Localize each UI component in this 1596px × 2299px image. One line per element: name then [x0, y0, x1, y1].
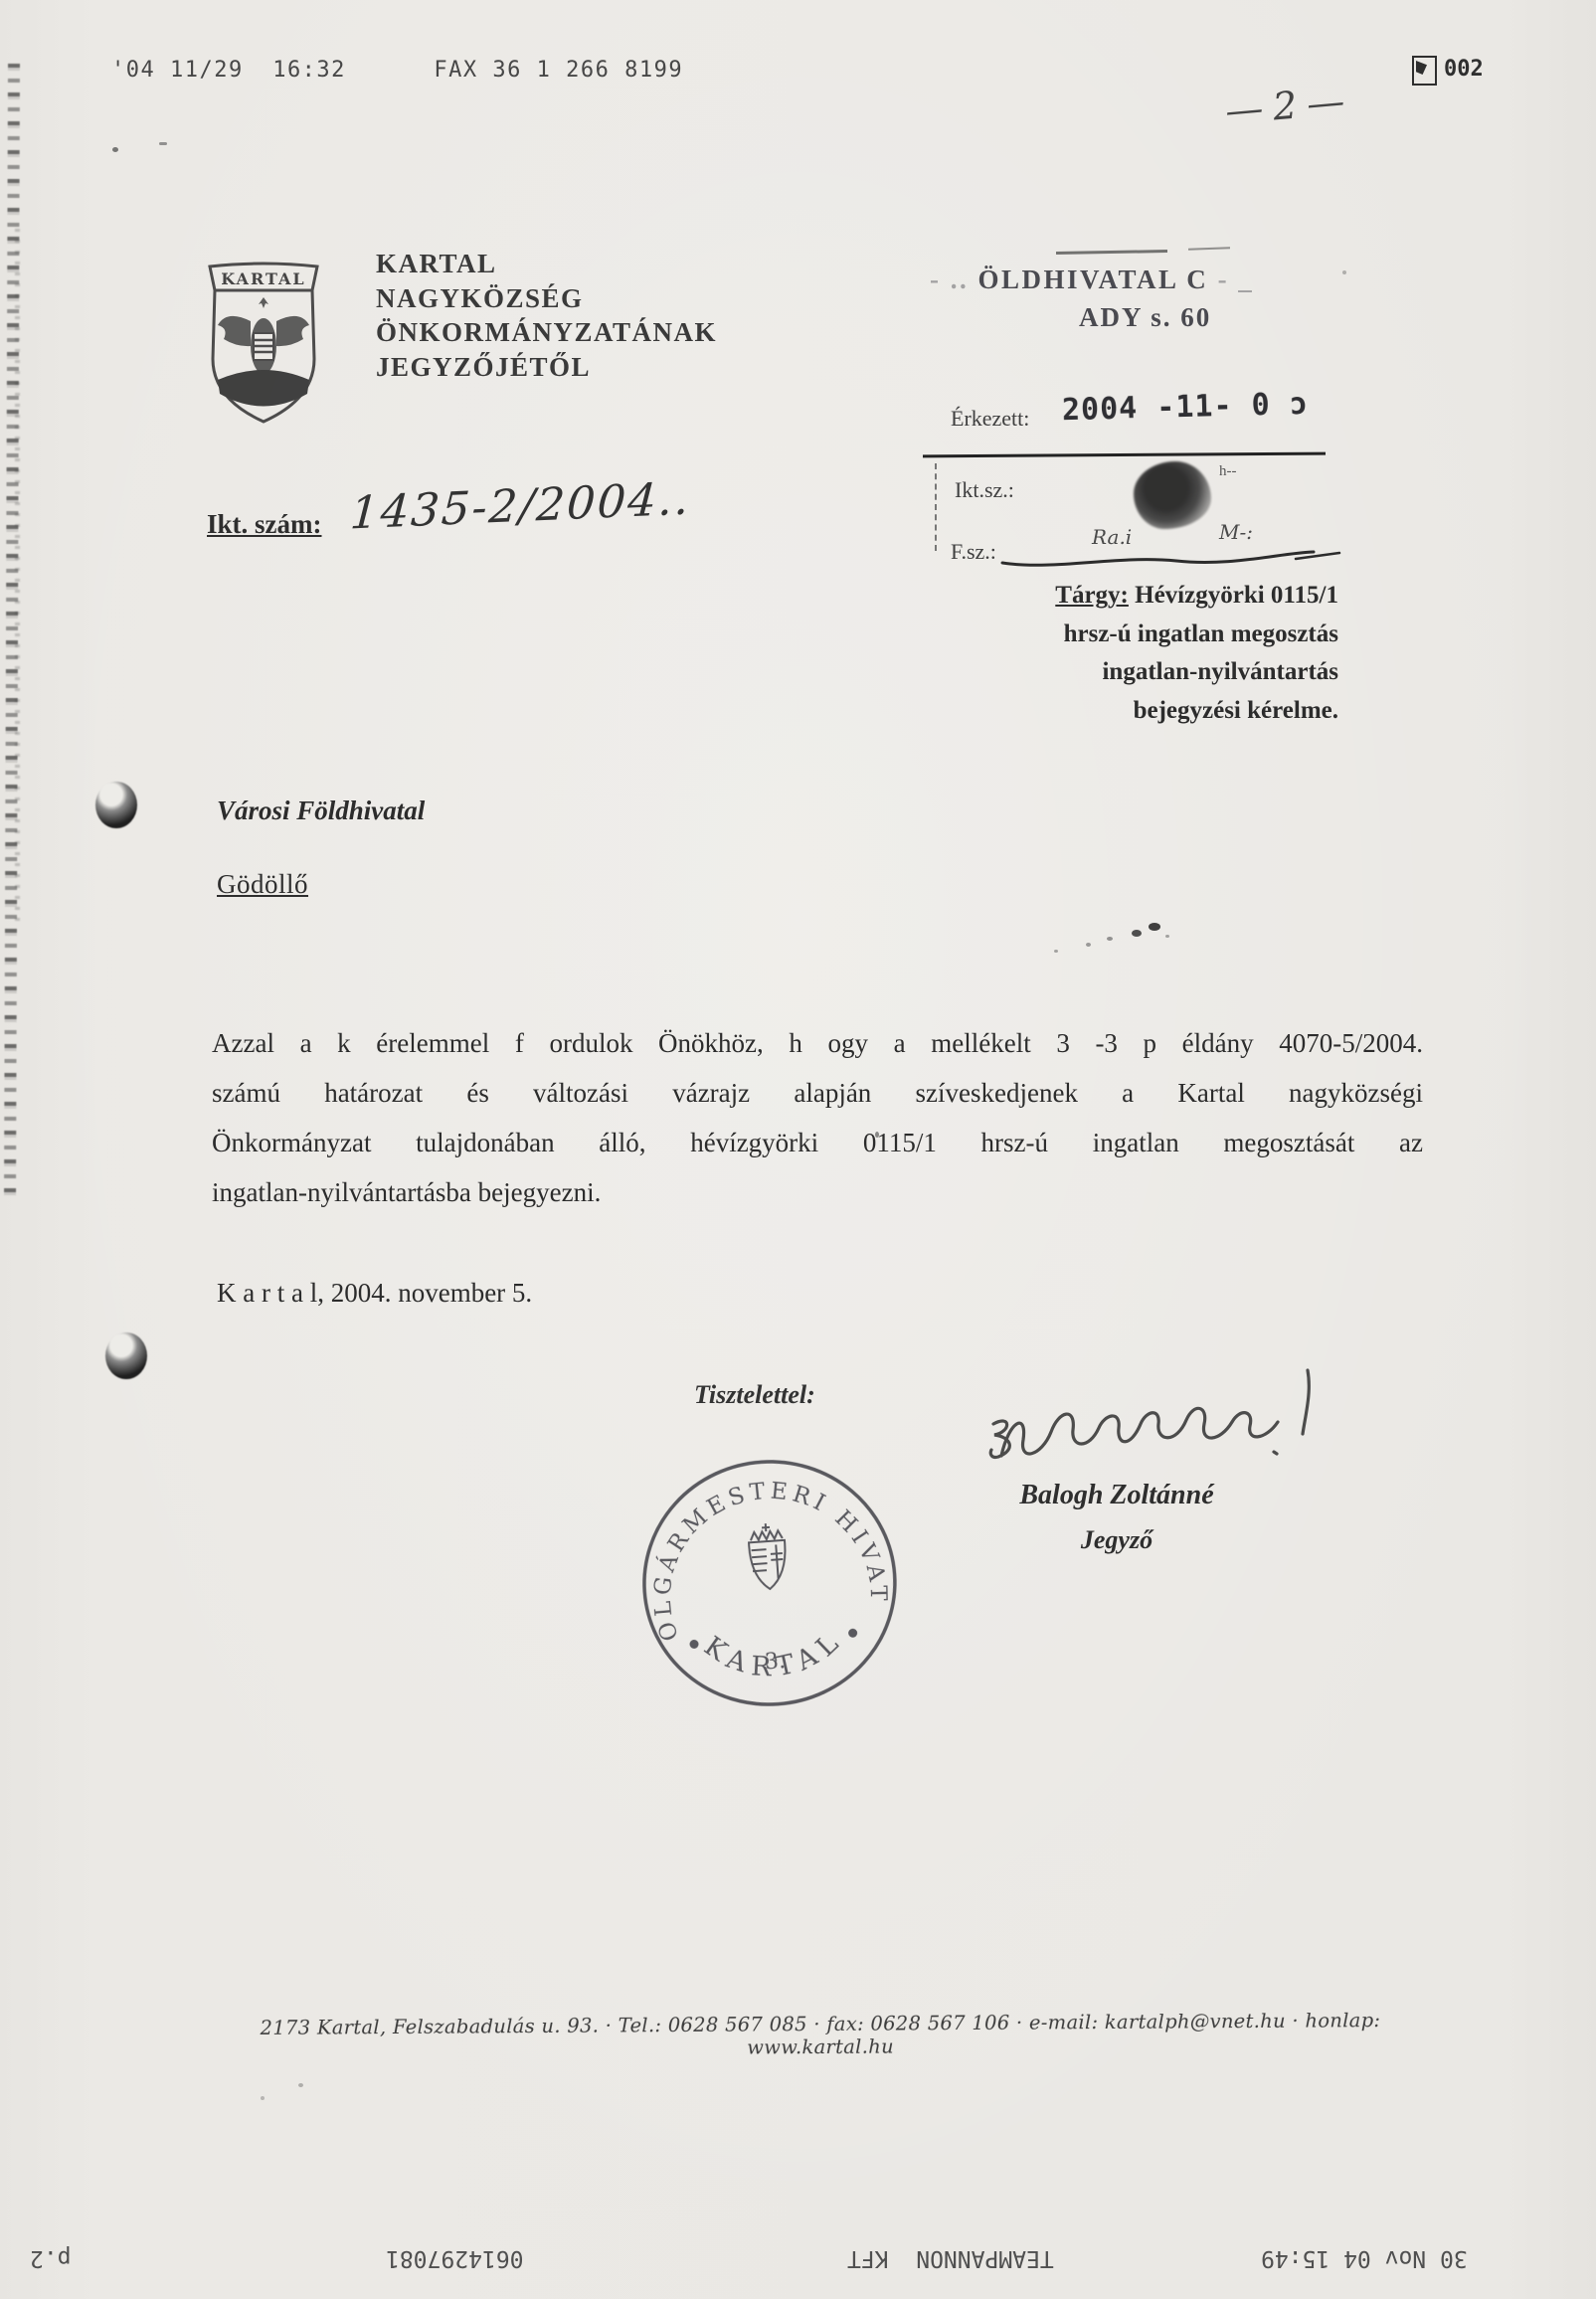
subject-line-1-rest: Hévízgyörki 0115/1: [1129, 582, 1338, 609]
letterhead-line-2: NAGYKÖZSÉG: [376, 281, 717, 316]
stamp-box-top-line: [1056, 250, 1167, 254]
speck: [1342, 270, 1346, 274]
addressee-city: Gödöllő: [217, 869, 308, 900]
salutation: Tisztelettel:: [694, 1380, 815, 1410]
subject-label: Tárgy:: [1055, 582, 1129, 609]
ink-blob: [1134, 461, 1211, 529]
addressee-name: Városi Földhivatal: [217, 796, 425, 826]
body-line-1: Azzal a k érelemmel f ordulok Önökhöz, h…: [212, 1018, 1423, 1068]
ikt-sz-label: Ikt.sz.:: [955, 477, 1014, 503]
speck: [1132, 930, 1142, 937]
fax-page-badge: 002: [1444, 57, 1484, 82]
punch-hole: [95, 782, 137, 828]
body-paragraph: Azzal a k érelemmel f ordulok Önökhöz, h…: [212, 1018, 1423, 1217]
body-line-4: ingatlan-nyilvántartásba bejegyezni.: [212, 1167, 1423, 1217]
dateline: K a r t a l, 2004. november 5.: [217, 1278, 532, 1309]
stamp-office-prefix: - ..: [930, 265, 969, 294]
speck: [112, 147, 118, 152]
fax-footer-page: p.2: [30, 2245, 72, 2271]
stamp-number: 3.: [764, 1649, 787, 1675]
speck: [298, 2083, 303, 2087]
footer-contact-line: 2173 Kartal, Felszabadulás u. 93. · Tel.…: [209, 2009, 1432, 2063]
stamp-coat-of-arms: [748, 1522, 789, 1590]
stamp-vertical-dash: [935, 463, 937, 551]
letterhead-line-1: KARTAL: [376, 247, 717, 281]
reference-value-handwritten: 1435-2/2004..: [349, 471, 693, 539]
fax-page-icon: [1412, 56, 1437, 86]
fax-footer-id: 0614297081: [386, 2245, 523, 2271]
subject-line-3: ingatlan-nyilvántartás: [873, 653, 1338, 692]
letterhead-line-3: ÖNKORMÁNYZATÁNAK: [376, 315, 717, 350]
handwritten-strike-line: [997, 543, 1343, 575]
speck: [1149, 923, 1160, 931]
svg-text:POLGÁRMESTERI HIVATAL: POLGÁRMESTERI HIVATAL: [625, 1445, 893, 1647]
kartal-coat-of-arms: KARTAL: [203, 254, 324, 429]
stamp-top-text: POLGÁRMESTERI HIVATAL: [625, 1445, 893, 1647]
speck: [1086, 943, 1091, 947]
scanned-fax-page: '04 11/29 16:32 FAX 36 1 266 8199 002 —2…: [0, 0, 1596, 2299]
stamp-office-name: ÖLDHIVATAL C: [978, 265, 1209, 294]
f-sz-label: F.sz.:: [951, 539, 996, 565]
handwritten-page-number: —2—: [1223, 78, 1356, 132]
stamp-box-top-line-2: [1188, 247, 1230, 250]
letterhead-line-4: JEGYZŐJÉTŐL: [376, 350, 717, 385]
stamp-dot-right: [848, 1628, 858, 1638]
fax-footer-timestamp: 30 Nov 04 15:49: [1261, 2245, 1468, 2271]
body-line-3: Önkormányzat tulajdonában álló, hévízgyö…: [212, 1118, 1423, 1167]
received-stamp-address: ADY s. 60: [1079, 302, 1211, 333]
subject-line-1: Tárgy: Hévízgyörki 0115/1: [873, 577, 1338, 616]
stamp-divider-line: [923, 452, 1326, 458]
received-stamp-office-line: - .. ÖLDHIVATAL C - _: [930, 265, 1254, 295]
scanner-noise-strip-2: [15, 229, 20, 925]
punch-hole: [105, 1332, 147, 1379]
polgarmesteri-hivatal-stamp: POLGÁRMESTERI HIVATAL KARTAL 3.: [625, 1445, 914, 1723]
fax-footer-company: TEAMPANNON KFT: [847, 2245, 1054, 2271]
letterhead-office-name: KARTAL NAGYKÖZSÉG ÖNKORMÁNYZATÁNAK JEGYZ…: [376, 247, 717, 384]
received-date-stamp: 2004 -11- 0 ɔ: [1062, 387, 1310, 428]
signer-title: Jegyző: [992, 1525, 1241, 1555]
handwritten-note-right: M-:: [1219, 520, 1253, 544]
subject-block: Tárgy: Hévízgyörki 0115/1 hrsz-ú ingatla…: [873, 577, 1338, 730]
received-label: Érkezett:: [951, 406, 1029, 432]
reference-label: Ikt. szám:: [207, 509, 322, 540]
body-line-2: számú határozat és változási vázrajz ala…: [212, 1068, 1423, 1118]
subject-line-2: hrsz-ú ingatlan megosztás: [873, 616, 1338, 654]
speck: [1165, 935, 1169, 938]
speck: [261, 2096, 265, 2100]
small-scan-mark: h--: [1219, 463, 1237, 480]
speck: [1107, 937, 1113, 941]
speck: [159, 142, 167, 145]
crest-banner-text: KARTAL: [221, 269, 305, 288]
speck: [1054, 950, 1058, 953]
signer-name: Balogh Zoltánné: [992, 1480, 1241, 1511]
stamp-dot-left: [689, 1640, 699, 1650]
stamp-office-suffix: - _: [1218, 265, 1255, 294]
handwritten-signature: [979, 1358, 1330, 1490]
subject-line-4: bejegyzési kérelme.: [873, 692, 1338, 731]
fax-transmission-header: '04 11/29 16:32 FAX 36 1 266 8199: [111, 58, 683, 83]
